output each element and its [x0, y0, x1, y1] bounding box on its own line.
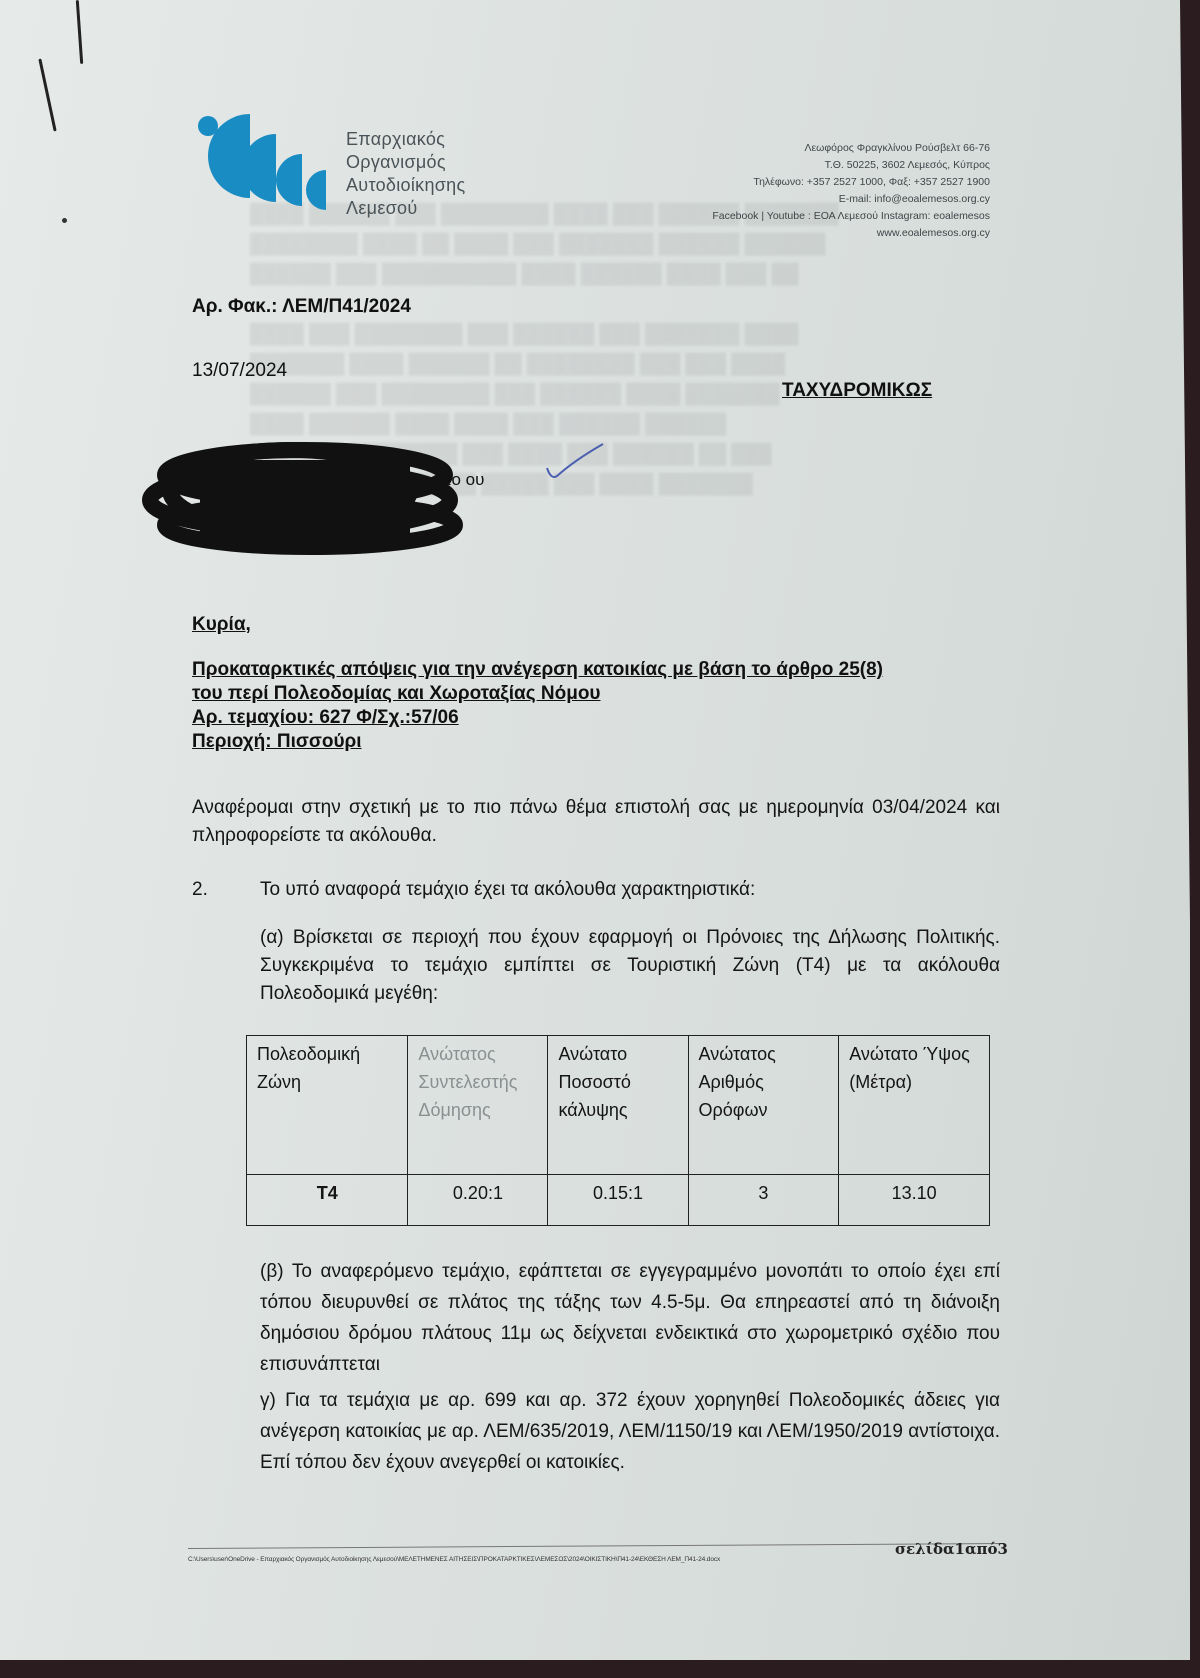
- subject-block: Προκαταρκτικές απόψεις για την ανέγερση …: [192, 658, 883, 754]
- section-heading: Το υπό αναφορά τεμάχιο έχει τα ακόλουθα …: [260, 876, 1000, 904]
- cell-zone: Τ4: [247, 1175, 408, 1226]
- redaction-scribble: [140, 430, 470, 560]
- footer-file-path: C:\Users\user\OneDrive - Επαρχιακός Οργα…: [188, 1556, 720, 1563]
- header-zone: Πολεοδομική Ζώνη: [247, 1036, 408, 1175]
- phone-line: Τηλέφωνο: +357 2527 1000, Φαξ: +357 2527…: [712, 174, 990, 191]
- subject-line: του περί Πολεοδομίας και Χωροταξίας Νόμο…: [192, 682, 883, 706]
- salutation: Κυρία,: [192, 614, 251, 636]
- area-name: Περιοχή: Πισσούρι: [192, 730, 883, 754]
- cell-height: 13.10: [839, 1175, 990, 1226]
- table-row: Τ4 0.20:1 0.15:1 3 13.10: [247, 1175, 990, 1226]
- cell-building-factor: 0.20:1: [408, 1175, 548, 1226]
- punch-dot: [62, 218, 67, 223]
- pen-checkmark-icon: [545, 440, 605, 485]
- social-line: Facebook | Youtube : ΕΟΑ Λεμεσού Instagr…: [712, 208, 990, 225]
- recipient-fragment: πο ου: [440, 470, 484, 490]
- postal-line: Τ.Θ. 50225, 3602 Λεμεσός, Κύπρος: [712, 157, 990, 174]
- section-number: 2.: [192, 876, 208, 904]
- staple-mark: [76, 0, 83, 64]
- website-line: www.eoalemesos.org.cy: [712, 225, 990, 242]
- table-header-row: Πολεοδομική Ζώνη Ανώτατος Συντελεστής Δό…: [247, 1036, 990, 1175]
- plot-number: Αρ. τεμαχίου: 627 Φ/Σχ.:57/06: [192, 706, 883, 730]
- letter-page: ████ ██████ ███ ████████ ████ ███ ██████…: [0, 0, 1190, 1660]
- delivery-method: ΤΑΧΥΔΡΟΜΙΚΩΣ: [782, 380, 932, 402]
- cell-coverage: 0.15:1: [548, 1175, 688, 1226]
- staple-mark: [38, 58, 56, 131]
- email-line: E-mail: info@eoalemesos.org.cy: [712, 191, 990, 208]
- item-a-paragraph: (α) Βρίσκεται σε περιοχή που έχουν εφαρμ…: [260, 924, 1000, 1008]
- letter-date: 13/07/2024: [192, 360, 287, 382]
- item-c-paragraph: γ) Για τα τεμάχια με αρ. 699 και αρ. 372…: [260, 1385, 1000, 1478]
- header-coverage: Ανώτατο Ποσοστό κάλυψης: [548, 1036, 688, 1175]
- footer-divider: [188, 1543, 1003, 1549]
- item-b-paragraph: (β) Το αναφερόμενο τεμάχιο, εφάπτεται σε…: [260, 1256, 1000, 1380]
- file-reference: Αρ. Φακ.: ΛΕΜ/Π41/2024: [192, 296, 411, 318]
- eoa-logo-icon: [196, 114, 331, 214]
- header-building-factor: Ανώτατος Συντελεστής Δόμησης: [408, 1036, 548, 1175]
- header-floors: Ανώτατος Αριθμός Ορόφων: [688, 1036, 839, 1175]
- zoning-table: Πολεοδομική Ζώνη Ανώτατος Συντελεστής Δό…: [246, 1035, 990, 1226]
- subject-line: Προκαταρκτικές απόψεις για την ανέγερση …: [192, 658, 883, 682]
- intro-paragraph: Αναφέρομαι στην σχετική με το πιο πάνω θ…: [192, 794, 1000, 850]
- address-line: Λεωφόρος Φραγκλίνου Ρούσβελτ 66-76: [712, 140, 990, 157]
- page-number: σελίδα1από3: [895, 1540, 1008, 1558]
- cell-floors: 3: [688, 1175, 839, 1226]
- contact-block: Λεωφόρος Φραγκλίνου Ρούσβελτ 66-76 Τ.Θ. …: [712, 140, 990, 242]
- header-height: Ανώτατο Ύψος (Μέτρα): [839, 1036, 990, 1175]
- organization-name: Επαρχιακός Οργανισμός Αυτοδιοίκησης Λεμε…: [346, 128, 465, 220]
